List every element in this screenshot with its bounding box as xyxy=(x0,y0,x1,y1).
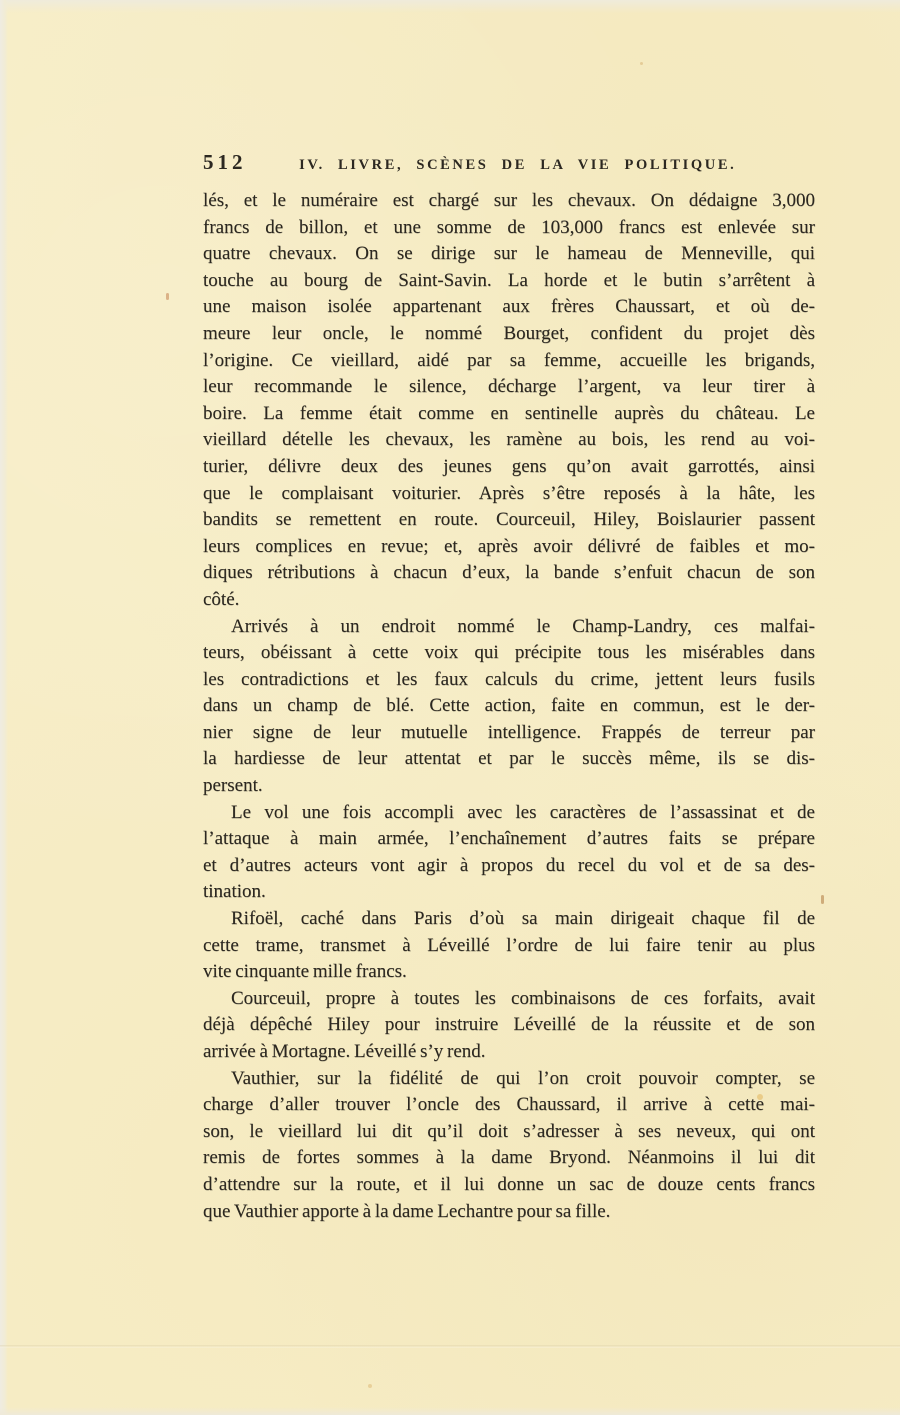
paper-speck xyxy=(166,293,169,300)
text-line: côté. xyxy=(203,587,815,614)
text-line: Arrivés à un endroit nommé le Champ-Land… xyxy=(203,614,815,641)
text-line: une maison isolée appartenant aux frères… xyxy=(203,294,815,321)
page-edge-top xyxy=(0,0,900,13)
text-line: l’attaque à main armée, l’enchaînement d… xyxy=(203,826,815,853)
paragraph: Rifoël, caché dans Paris d’où sa main di… xyxy=(203,906,815,986)
text-line: leur recommande le silence, décharge l’a… xyxy=(203,374,815,401)
text-line: vite cinquante mille francs. xyxy=(203,959,815,986)
text-line: lés, et le numéraire est chargé sur les … xyxy=(203,188,815,215)
text-line: l’origine. Ce vieillard, aidé par sa fem… xyxy=(203,348,815,375)
paragraph: Courceuil, propre à toutes les combinais… xyxy=(203,986,815,1066)
page-header: 512 IV. LIVRE, SCÈNES DE LA VIE POLITIQU… xyxy=(203,150,815,175)
text-line: charge d’aller trouver l’oncle des Chaus… xyxy=(203,1092,815,1119)
text-line: les contradictions et les faux calculs d… xyxy=(203,667,815,694)
page-edge-bottom xyxy=(0,1407,900,1415)
text-line: quatre chevaux. On se dirige sur le hame… xyxy=(203,241,815,268)
text-line: francs de billon, et une somme de 103,00… xyxy=(203,215,815,242)
paragraph: lés, et le numéraire est chargé sur les … xyxy=(203,188,815,614)
text-line: Courceuil, propre à toutes les combinais… xyxy=(203,986,815,1013)
text-line: tination. xyxy=(203,879,815,906)
paper-crease xyxy=(0,1345,900,1348)
text-line: d’attendre sur la route, et il lui donne… xyxy=(203,1172,815,1199)
paper-speck xyxy=(640,62,643,65)
text-line: turier, délivre deux des jeunes gens qu’… xyxy=(203,454,815,481)
text-line: dans un champ de blé. Cette action, fait… xyxy=(203,693,815,720)
text-line: cette trame, transmet à Léveillé l’ordre… xyxy=(203,933,815,960)
text-line: son, le vieillard lui dit qu’il doit s’a… xyxy=(203,1119,815,1146)
text-line: déjà dépêché Hiley pour instruire Léveil… xyxy=(203,1012,815,1039)
paragraph: Le vol une fois accompli avec les caract… xyxy=(203,800,815,906)
text-line: vieillard dételle les chevaux, les ramèn… xyxy=(203,427,815,454)
text-line: teurs, obéissant à cette voix qui précip… xyxy=(203,640,815,667)
text-line: Vauthier, sur la fidélité de qui l’on cr… xyxy=(203,1066,815,1093)
text-line: bandits se remettent en route. Courceuil… xyxy=(203,507,815,534)
text-line: diques rétributions à chacun d’eux, la b… xyxy=(203,560,815,587)
paper-speck xyxy=(368,1384,372,1388)
page-edge-left xyxy=(0,0,8,1415)
text-line: touche au bourg de Saint-Savin. La horde… xyxy=(203,268,815,295)
page-number: 512 xyxy=(203,150,247,175)
text-line: meure leur oncle, le nommé Bourget, conf… xyxy=(203,321,815,348)
text-block: lés, et le numéraire est chargé sur les … xyxy=(203,188,815,1225)
text-line: persent. xyxy=(203,773,815,800)
text-line: Rifoël, caché dans Paris d’où sa main di… xyxy=(203,906,815,933)
paragraph: Arrivés à un endroit nommé le Champ-Land… xyxy=(203,614,815,800)
text-line: Le vol une fois accompli avec les caract… xyxy=(203,800,815,827)
text-line: que Vauthier apporte à la dame Lechantre… xyxy=(203,1199,815,1226)
text-line: et d’autres acteurs vont agir à propos d… xyxy=(203,853,815,880)
book-page-scan: 512 IV. LIVRE, SCÈNES DE LA VIE POLITIQU… xyxy=(0,0,900,1415)
text-line: la hardiesse de leur attentat et par le … xyxy=(203,746,815,773)
text-line: que le complaisant voiturier. Après s’êt… xyxy=(203,481,815,508)
text-line: arrivée à Mortagne. Léveillé s’y rend. xyxy=(203,1039,815,1066)
paper-speck xyxy=(821,895,824,904)
paragraph: Vauthier, sur la fidélité de qui l’on cr… xyxy=(203,1066,815,1226)
text-line: remis de fortes sommes à la dame Bryond.… xyxy=(203,1145,815,1172)
running-title: IV. LIVRE, SCÈNES DE LA VIE POLITIQUE. xyxy=(247,157,816,174)
text-line: boire. La femme était comme en sentinell… xyxy=(203,401,815,428)
text-line: nier signe de leur mutuelle intelligence… xyxy=(203,720,815,747)
text-line: leurs complices en revue; et, après avoi… xyxy=(203,534,815,561)
